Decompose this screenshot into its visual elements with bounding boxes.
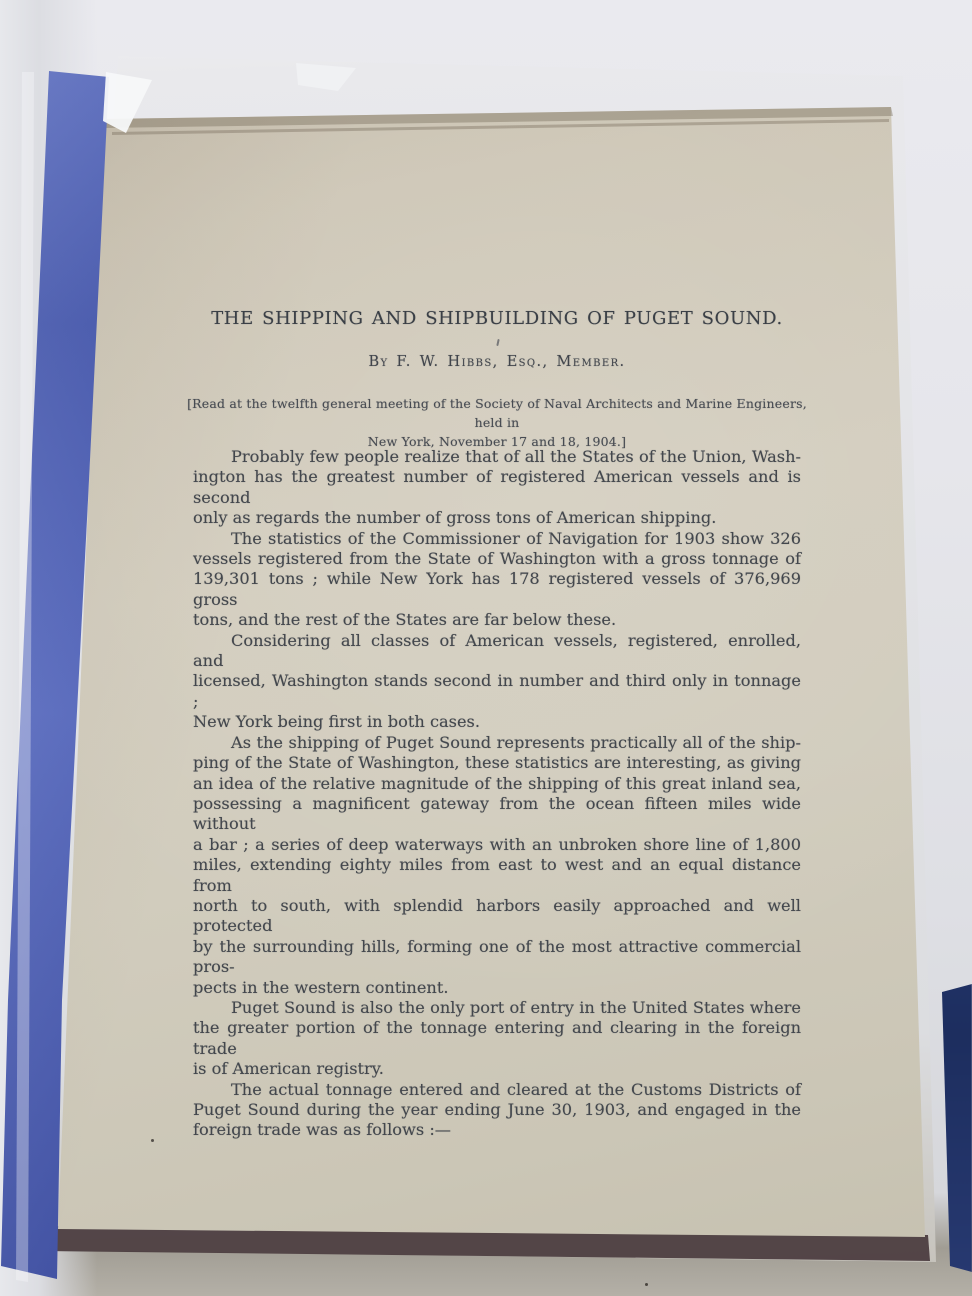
- text-line: north to south, with splendid harbors ea…: [193, 896, 801, 937]
- note-line: [Read at the twelfth general meeting of …: [187, 394, 807, 432]
- paragraph: As the shipping of Puget Sound represent…: [193, 733, 801, 998]
- photo-of-document: THE SHIPPING AND SHIPBUILDING OF PUGET S…: [0, 0, 972, 1296]
- paragraph: The statistics of the Commissioner of Na…: [193, 529, 801, 631]
- text-line: 139,301 tons ; while New York has 178 re…: [193, 569, 801, 610]
- paragraph: Puget Sound is also the only port of ent…: [193, 998, 801, 1080]
- text-line: The statistics of the Commissioner of Na…: [193, 529, 801, 549]
- text-line: a bar ; a series of deep waterways with …: [193, 835, 801, 855]
- text-line: New York being first in both cases.: [193, 712, 801, 732]
- text-line: possessing a magnificent gateway from th…: [193, 794, 801, 835]
- text-line: As the shipping of Puget Sound represent…: [193, 733, 801, 753]
- text-line: an idea of the relative magnitude of the…: [193, 774, 801, 794]
- text-line: ping of the State of Washington, these s…: [193, 753, 801, 773]
- paragraph: Probably few people realize that of all …: [193, 447, 801, 529]
- text-line: miles, extending eighty miles from east …: [193, 855, 801, 896]
- text-line: only as regards the number of gross tons…: [193, 508, 801, 528]
- text-line: Considering all classes of American vess…: [193, 631, 801, 672]
- dust-speck: [151, 1139, 154, 1142]
- paragraph: The actual tonnage entered and cleared a…: [193, 1080, 801, 1141]
- text-line: pects in the western continent.: [193, 978, 801, 998]
- text-line: the greater portion of the tonnage enter…: [193, 1018, 801, 1059]
- text-line: The actual tonnage entered and cleared a…: [193, 1080, 801, 1100]
- text-line: tons, and the rest of the States are far…: [193, 610, 801, 630]
- text-line: ington has the greatest number of regist…: [193, 467, 801, 508]
- text-line: by the surrounding hills, forming one of…: [193, 937, 801, 978]
- text-line: vessels registered from the State of Was…: [193, 549, 801, 569]
- dust-speck: [645, 1283, 648, 1286]
- text-line: Puget Sound is also the only port of ent…: [193, 998, 801, 1018]
- read-note: [Read at the twelfth general meeting of …: [187, 394, 807, 451]
- byline: By F. W. Hibbs, Esq., Member.: [193, 354, 801, 370]
- text-line: foreign trade was as follows :—: [193, 1120, 801, 1140]
- paragraph: Considering all classes of American vess…: [193, 631, 801, 733]
- text-line: licensed, Washington stands second in nu…: [193, 671, 801, 712]
- text-line: Puget Sound during the year ending June …: [193, 1100, 801, 1120]
- text-line: is of American registry.: [193, 1059, 801, 1079]
- body-text: Probably few people realize that of all …: [193, 447, 801, 1141]
- page-title: THE SHIPPING AND SHIPBUILDING OF PUGET S…: [193, 308, 801, 329]
- text-line: Probably few people realize that of all …: [193, 447, 801, 467]
